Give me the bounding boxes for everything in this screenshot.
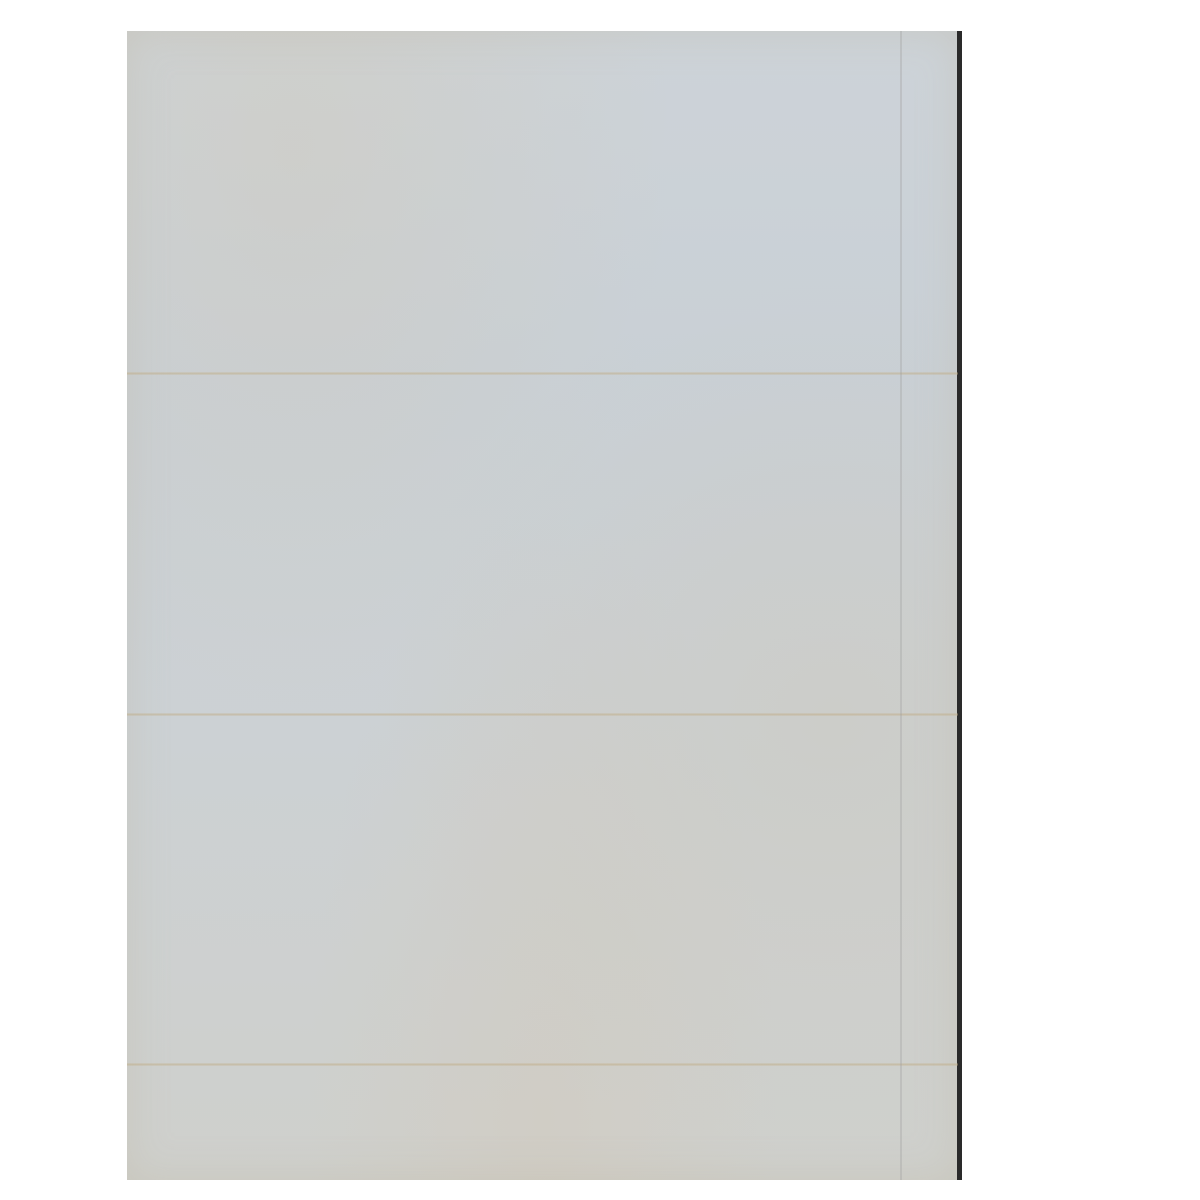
document-paper: [127, 31, 958, 1180]
fold-line-2: [127, 713, 958, 716]
fold-line-3: [127, 1063, 958, 1066]
fold-line-1: [127, 372, 958, 375]
vertical-crease: [900, 31, 902, 1180]
paper-shadow-edge: [957, 31, 962, 1180]
